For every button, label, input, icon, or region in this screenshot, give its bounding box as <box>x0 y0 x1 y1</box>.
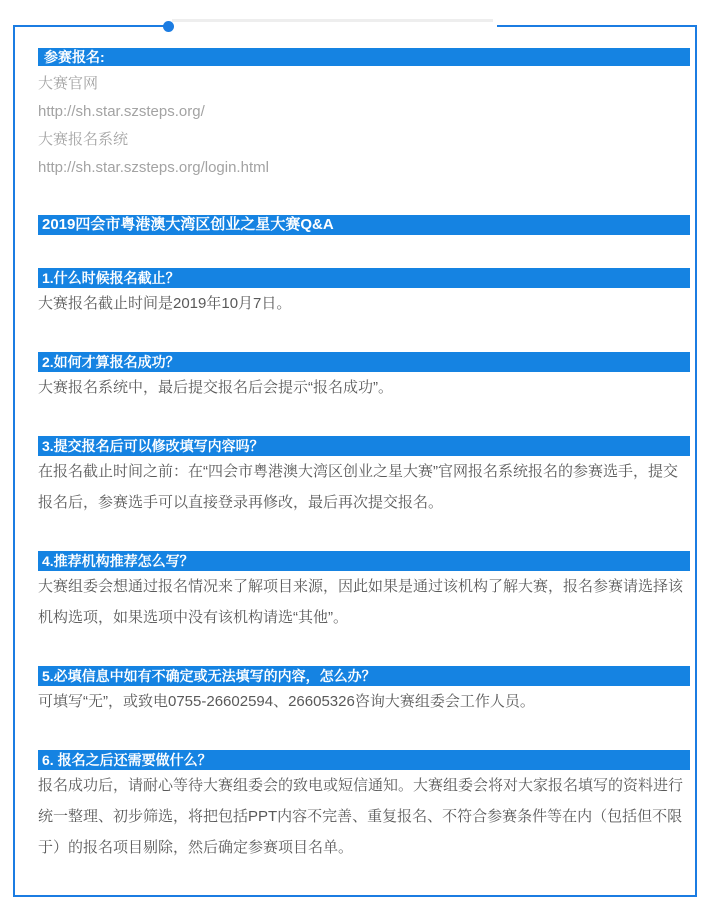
question-badge: 5.必填信息中如有不确定或无法填写的内容，怎么办？ <box>38 666 690 686</box>
question-badge: 2.如何才算报名成功？ <box>38 352 690 372</box>
article-content: 参赛报名: 大赛官网 http://sh.star.szsteps.org/ 大… <box>38 48 690 863</box>
registration-section-badge: 参赛报名: <box>38 48 690 66</box>
qa-section: 2.如何才算报名成功？大赛报名系统中，最后提交报名后会提示“报名成功”。 <box>38 352 690 403</box>
signup-system-url: http://sh.star.szsteps.org/login.html <box>38 154 690 182</box>
question-badge: 1.什么时候报名截止？ <box>38 268 690 288</box>
qa-sections: 1.什么时候报名截止？大赛报名截止时间是2019年10月7日。2.如何才算报名成… <box>38 268 690 863</box>
qa-section: 3.提交报名后可以修改填写内容吗？在报名截止时间之前：在“四会市粤港澳大湾区创业… <box>38 436 690 518</box>
official-site-label: 大赛官网 <box>38 70 690 98</box>
question-badge: 3.提交报名后可以修改填写内容吗？ <box>38 436 690 456</box>
qa-section: 5.必填信息中如有不确定或无法填写的内容，怎么办？可填写“无”，或致电0755-… <box>38 666 690 717</box>
official-site-url: http://sh.star.szsteps.org/ <box>38 98 690 126</box>
qa-section: 6. 报名之后还需要做什么？报名成功后，请耐心等待大赛组委会的致电或短信通知。大… <box>38 750 690 863</box>
answer-text: 大赛组委会想通过报名情况来了解项目来源，因此如果是通过该机构了解大赛，报名参赛请… <box>38 571 690 633</box>
answer-text: 在报名截止时间之前：在“四会市粤港澳大湾区创业之星大赛”官网报名系统报名的参赛选… <box>38 456 690 518</box>
qa-section: 4.推荐机构推荐怎么写？大赛组委会想通过报名情况来了解项目来源，因此如果是通过该… <box>38 551 690 633</box>
qa-title-badge: 2019四会市粤港澳大湾区创业之星大赛Q&A <box>38 215 690 235</box>
answer-text: 大赛报名系统中，最后提交报名后会提示“报名成功”。 <box>38 372 690 403</box>
top-border-gray-line <box>172 19 493 22</box>
signup-system-label: 大赛报名系统 <box>38 126 690 154</box>
question-badge: 6. 报名之后还需要做什么？ <box>38 750 690 770</box>
answer-text: 大赛报名截止时间是2019年10月7日。 <box>38 288 690 319</box>
answer-text: 可填写“无”，或致电0755-26602594、26605326咨询大赛组委会工… <box>38 686 690 717</box>
question-badge: 4.推荐机构推荐怎么写？ <box>38 551 690 571</box>
qa-section: 1.什么时候报名截止？大赛报名截止时间是2019年10月7日。 <box>38 268 690 319</box>
answer-text: 报名成功后，请耐心等待大赛组委会的致电或短信通知。大赛组委会将对大家报名填写的资… <box>38 770 690 863</box>
